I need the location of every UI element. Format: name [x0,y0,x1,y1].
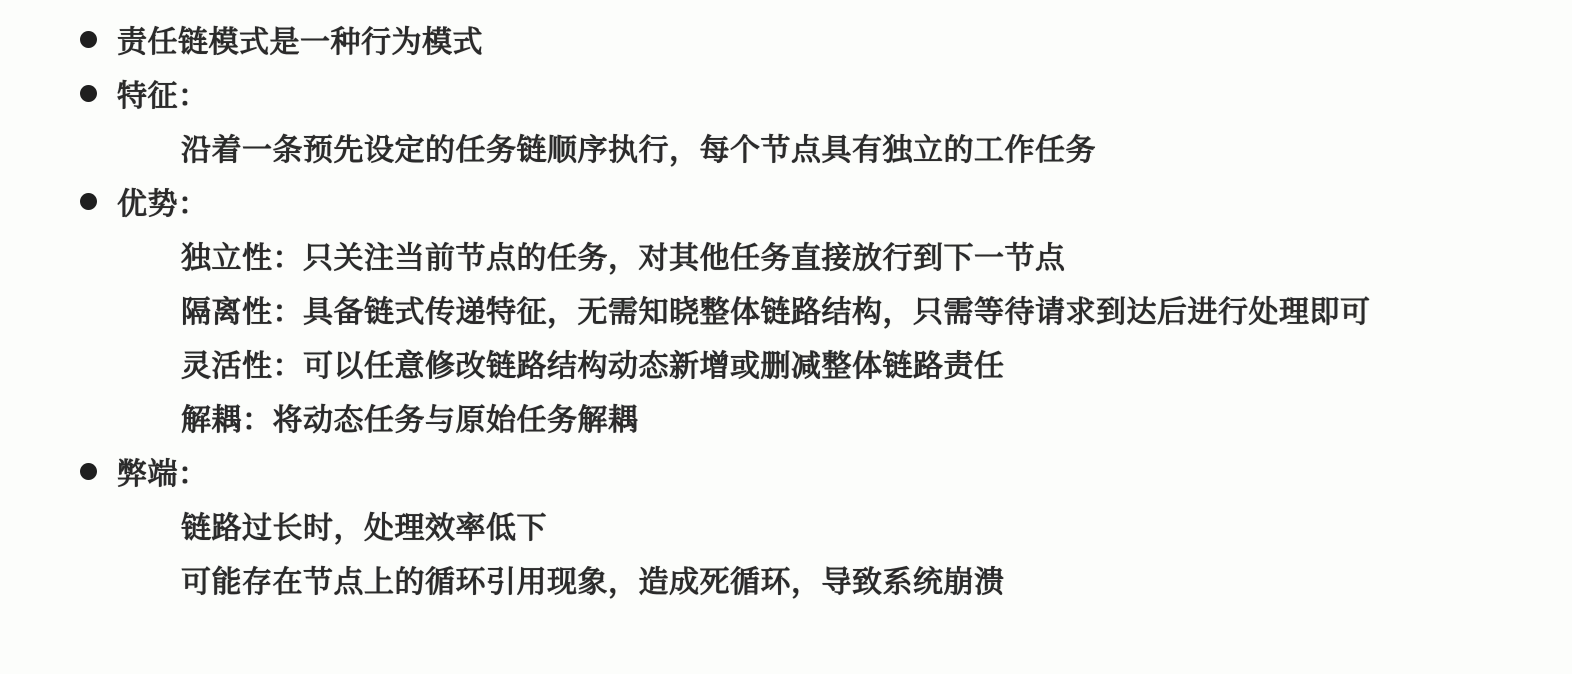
bullet-item: 特征： [0,66,1572,120]
bullet-icon [80,85,97,102]
sub-item: 沿着一条预先设定的任务链顺序执行，每个节点具有独立的工作任务 [0,120,1572,174]
bullet-icon [80,31,97,48]
bullet-item-text: 特征： [117,71,209,115]
sub-item: 灵活性：可以任意修改链路结构动态新增或删减整体链路责任 [0,336,1572,390]
bullet-item: 优势： [0,174,1572,228]
sub-item: 链路过长时，处理效率低下 [0,498,1572,552]
sub-item: 可能存在节点上的循环引用现象，造成死循环，导致系统崩溃 [0,552,1572,606]
sub-item-text: 独立性：只关注当前节点的任务，对其他任务直接放行到下一节点 [181,233,1066,277]
sub-item: 隔离性：具备链式传递特征，无需知晓整体链路结构，只需等待请求到达后进行处理即可 [0,282,1572,336]
sub-item-text: 解耦：将动态任务与原始任务解耦 [181,395,639,439]
sub-item-text: 隔离性：具备链式传递特征，无需知晓整体链路结构，只需等待请求到达后进行处理即可 [181,287,1371,331]
bullet-item: 责任链模式是一种行为模式 [0,12,1572,66]
sub-item: 独立性：只关注当前节点的任务，对其他任务直接放行到下一节点 [0,228,1572,282]
sub-item-text: 沿着一条预先设定的任务链顺序执行，每个节点具有独立的工作任务 [181,125,1096,169]
sub-item-text: 灵活性：可以任意修改链路结构动态新增或删减整体链路责任 [181,341,1005,385]
bullet-icon [80,193,97,210]
bullet-item-text: 责任链模式是一种行为模式 [117,17,483,61]
bullet-icon [80,463,97,480]
bullet-item-text: 弊端： [117,449,209,493]
notes-page: 责任链模式是一种行为模式 特征： 沿着一条预先设定的任务链顺序执行，每个节点具有… [0,0,1572,606]
sub-item-text: 链路过长时，处理效率低下 [181,503,547,547]
bullet-item: 弊端： [0,444,1572,498]
bullet-item-text: 优势： [117,179,209,223]
sub-item: 解耦：将动态任务与原始任务解耦 [0,390,1572,444]
sub-item-text: 可能存在节点上的循环引用现象，造成死循环，导致系统崩溃 [181,557,1005,601]
